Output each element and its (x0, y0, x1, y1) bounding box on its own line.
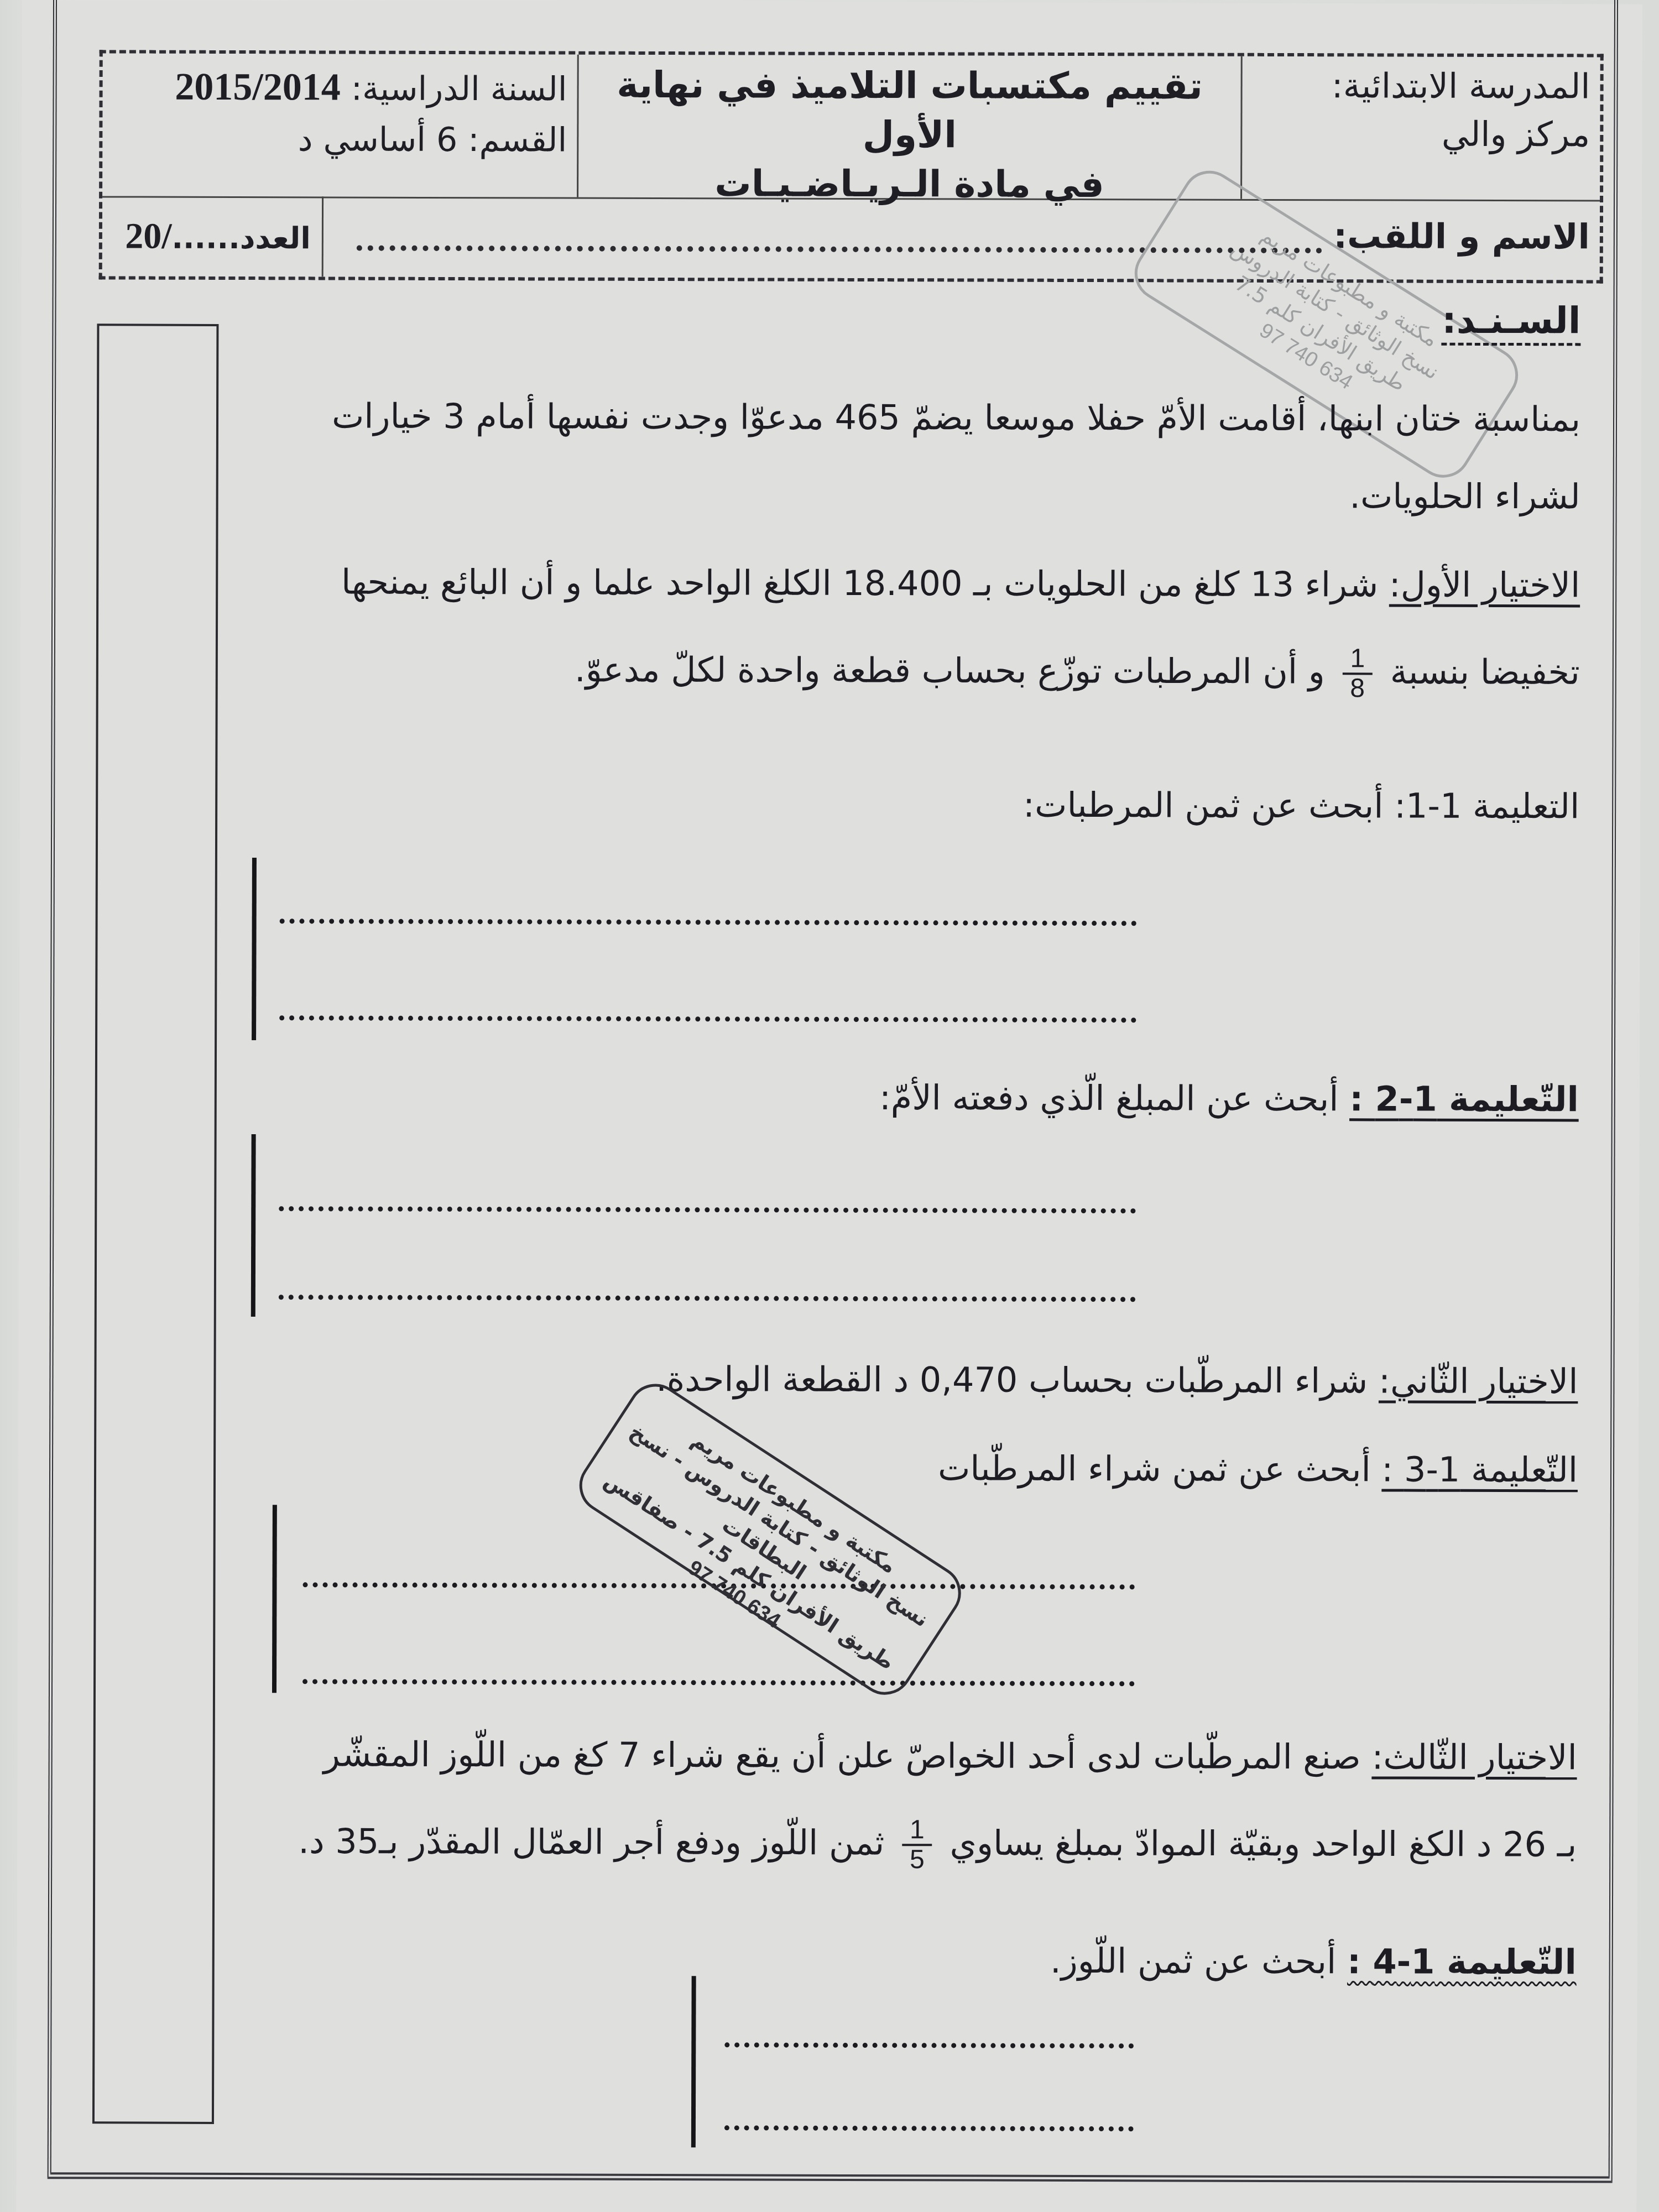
option3-line2-end: ثمن اللّوز ودفع أجر العمّال المقدّر بـ35… (298, 1821, 884, 1863)
task4-text: أبحث عن ثمن اللّوز. (1050, 1940, 1347, 1981)
task1-prompt: التعليمة 1-1: أبحث عن ثمن المرطبات: (1023, 788, 1579, 824)
task2-prompt: التّعليمة 1-2 : أبحث عن المبلغ الّذي دفع… (879, 1081, 1579, 1117)
support-heading: السـنـد: (1442, 302, 1580, 340)
school-name: مركز والي (1252, 110, 1590, 159)
option1-line1: الاختيار الأول: شراء 13 كلغ من الحلويات … (341, 565, 1580, 603)
intro-line-1: بمناسبة ختان ابنها، أقامت الأمّ حفلا موس… (332, 399, 1580, 436)
task4-label: التّعليمة 1-4 : (1347, 1941, 1577, 1982)
task3-prompt: التّعليمة 1-3 : أبحث عن ثمن شراء المرطّب… (938, 1451, 1578, 1487)
task1-answer-area[interactable] (252, 858, 1137, 1042)
score-cell: العدد....../20 (102, 196, 324, 276)
year-class-cell: السنة الدراسية: 2015/2014 القسم: 6 أساسي… (102, 53, 577, 197)
answer-margin-bar (691, 1976, 696, 2147)
option2-label: الاختيار الثّاني: (1379, 1360, 1578, 1401)
task4-answer-area[interactable] (249, 1975, 1134, 2148)
fraction-numerator: 1 (1342, 645, 1373, 675)
task1-text: أبحث عن ثمن المرطبات: (1023, 785, 1394, 826)
fraction-one-fifth: 1 5 (902, 1816, 932, 1874)
score-label: العدد (240, 221, 311, 255)
intro-line-2: لشراء الحلويات. (1349, 479, 1580, 514)
answer-line[interactable] (279, 1015, 1136, 1022)
task1-label: التعليمة 1-1: (1394, 786, 1579, 827)
score-max: /20 (125, 216, 172, 256)
name-cell: الاسم و اللقب: (324, 196, 1600, 280)
name-label: الاسم و اللقب: (1333, 216, 1590, 257)
header-frame: المدرسة الابتدائية: مركز والي تقييم مكتس… (99, 50, 1604, 283)
fraction-denominator: 5 (910, 1846, 925, 1874)
option3-text: صنع المرطّبات لدى أحد الخواصّ علن أن يقع… (324, 1734, 1372, 1777)
student-name-row: الاسم و اللقب: العدد....../20 (102, 196, 1600, 280)
task2-text: أبحث عن المبلغ الّذي دفعته الأمّ: (879, 1077, 1349, 1119)
answer-line[interactable] (724, 2125, 1134, 2131)
answer-line[interactable] (302, 1679, 1135, 1686)
answer-margin-bar (252, 858, 257, 1040)
task2-answer-area[interactable] (251, 1134, 1136, 1319)
option1-line2-end: و أن المرطبات توزّع بحساب قطعة واحدة لكل… (575, 649, 1325, 692)
answer-margin-bar (251, 1134, 256, 1317)
class-label: القسم: (468, 121, 567, 159)
exam-title-line1: تقييم مكتسبات التلاميذ في نهاية الأول (588, 60, 1230, 160)
grading-margin-box (92, 324, 219, 2124)
option1-line2: تخفيضا بنسبة 1 8 و أن المرطبات توزّع بحس… (575, 643, 1580, 704)
answer-line[interactable] (280, 919, 1137, 926)
option2-text: شراء المرطّبات بحساب 0,470 د القطعة الوا… (656, 1359, 1379, 1401)
answer-line[interactable] (279, 1206, 1136, 1213)
option1-text: شراء 13 كلغ من الحلويات بـ 18.400 الكلغ … (341, 562, 1389, 605)
task2-label: التّعليمة 1-2 : (1349, 1078, 1579, 1119)
answer-margin-bar (272, 1505, 277, 1693)
option3-line2: بـ 26 د الكغ الواحد وبقيّة الموادّ بمبلغ… (298, 1814, 1577, 1876)
year-value: 2015/2014 (175, 66, 341, 109)
option3-line2-start: بـ 26 د الكغ الواحد وبقيّة الموادّ بمبلغ… (950, 1823, 1577, 1865)
school-cell: المدرسة الابتدائية: مركز والي (1240, 56, 1600, 200)
task4-prompt: التّعليمة 1-4 : أبحث عن ثمن اللّوز. (1050, 1944, 1577, 1979)
class-value: 6 أساسي د (298, 120, 458, 159)
exam-sheet: المدرسة الابتدائية: مركز والي تقييم مكتس… (17, 0, 1642, 2212)
score-field[interactable]: ...... (172, 221, 240, 255)
option1-label: الاختيار الأول: (1389, 564, 1580, 605)
fraction-one-eighth: 1 8 (1342, 645, 1373, 703)
task3-text: أبحث عن ثمن شراء المرطّبات (938, 1448, 1382, 1489)
option1-line2-start: تخفيضا بنسبة (1390, 651, 1580, 692)
year-label: السنة الدراسية: (351, 70, 567, 109)
answer-line[interactable] (279, 1295, 1136, 1302)
exam-title-cell: تقييم مكتسبات التلاميذ في نهاية الأول في… (577, 55, 1241, 199)
option3-label: الاختيار الثّالث: (1371, 1736, 1577, 1777)
task3-label: التّعليمة 1-3 : (1381, 1449, 1578, 1490)
option2-line: الاختيار الثّاني: شراء المرطّبات بحساب 0… (656, 1362, 1578, 1399)
header-info-row: المدرسة الابتدائية: مركز والي تقييم مكتس… (102, 53, 1600, 201)
fraction-numerator: 1 (902, 1816, 932, 1846)
fraction-denominator: 8 (1350, 675, 1365, 703)
school-label: المدرسة الابتدائية: (1252, 62, 1590, 111)
answer-line[interactable] (724, 2042, 1134, 2048)
option3-line1: الاختيار الثّالث: صنع المرطّبات لدى أحد … (324, 1737, 1577, 1775)
